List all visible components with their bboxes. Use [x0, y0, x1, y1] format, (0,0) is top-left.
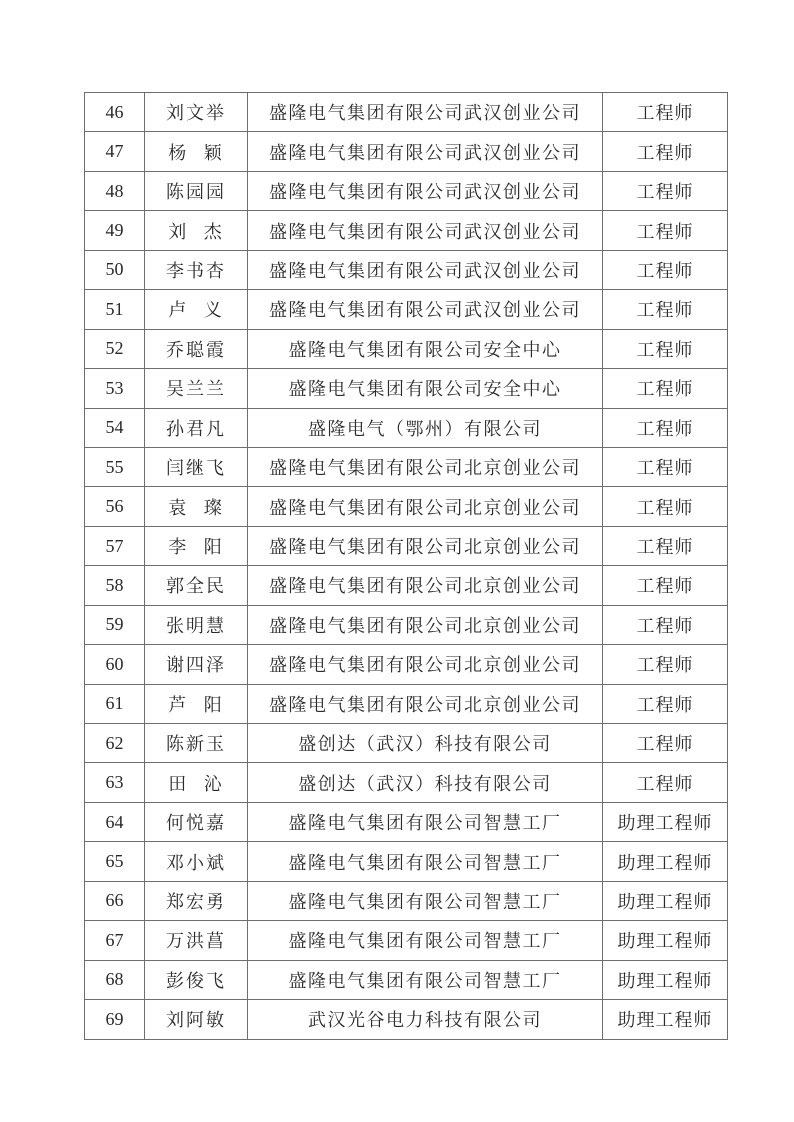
- organization-cell: 盛隆电气集团有限公司武汉创业公司: [248, 211, 603, 250]
- professional-title-cell: 工程师: [603, 605, 728, 644]
- table-row: 63田 沁盛创达（武汉）科技有限公司工程师: [85, 763, 728, 802]
- person-name-cell: 李书杏: [145, 250, 248, 289]
- organization-cell: 盛隆电气集团有限公司智慧工厂: [248, 921, 603, 960]
- row-number-cell: 66: [85, 881, 145, 920]
- professional-title-cell: 工程师: [603, 526, 728, 565]
- personnel-table-body: 46刘文举盛隆电气集团有限公司武汉创业公司工程师47杨 颖盛隆电气集团有限公司武…: [85, 93, 728, 1040]
- person-name-cell: 刘文举: [145, 93, 248, 132]
- table-row: 68彭俊飞盛隆电气集团有限公司智慧工厂助理工程师: [85, 960, 728, 999]
- table-row: 57李 阳盛隆电气集团有限公司北京创业公司工程师: [85, 526, 728, 565]
- table-row: 67万洪菖盛隆电气集团有限公司智慧工厂助理工程师: [85, 921, 728, 960]
- person-name-cell: 陈新玉: [145, 724, 248, 763]
- row-number-cell: 61: [85, 684, 145, 723]
- row-number-cell: 47: [85, 132, 145, 171]
- professional-title-cell: 助理工程师: [603, 842, 728, 881]
- row-number-cell: 67: [85, 921, 145, 960]
- document-page: 46刘文举盛隆电气集团有限公司武汉创业公司工程师47杨 颖盛隆电气集团有限公司武…: [0, 0, 794, 1122]
- organization-cell: 盛隆电气集团有限公司武汉创业公司: [248, 171, 603, 210]
- professional-title-cell: 工程师: [603, 724, 728, 763]
- organization-cell: 盛隆电气集团有限公司智慧工厂: [248, 842, 603, 881]
- row-number-cell: 69: [85, 1000, 145, 1039]
- person-name-cell: 郑宏勇: [145, 881, 248, 920]
- professional-title-cell: 工程师: [603, 369, 728, 408]
- organization-cell: 盛隆电气（鄂州）有限公司: [248, 408, 603, 447]
- organization-cell: 盛隆电气集团有限公司北京创业公司: [248, 526, 603, 565]
- organization-cell: 盛隆电气集团有限公司武汉创业公司: [248, 93, 603, 132]
- professional-title-cell: 工程师: [603, 171, 728, 210]
- person-name-cell: 万洪菖: [145, 921, 248, 960]
- row-number-cell: 57: [85, 526, 145, 565]
- row-number-cell: 63: [85, 763, 145, 802]
- person-name-cell: 杨 颖: [145, 132, 248, 171]
- table-row: 62陈新玉盛创达（武汉）科技有限公司工程师: [85, 724, 728, 763]
- table-row: 47杨 颖盛隆电气集团有限公司武汉创业公司工程师: [85, 132, 728, 171]
- organization-cell: 盛隆电气集团有限公司智慧工厂: [248, 881, 603, 920]
- person-name-cell: 何悦嘉: [145, 802, 248, 841]
- person-name-cell: 谢四泽: [145, 645, 248, 684]
- table-row: 54孙君凡盛隆电气（鄂州）有限公司工程师: [85, 408, 728, 447]
- professional-title-cell: 工程师: [603, 645, 728, 684]
- professional-title-cell: 助理工程师: [603, 960, 728, 999]
- row-number-cell: 55: [85, 447, 145, 486]
- organization-cell: 盛隆电气集团有限公司武汉创业公司: [248, 290, 603, 329]
- professional-title-cell: 工程师: [603, 250, 728, 289]
- row-number-cell: 50: [85, 250, 145, 289]
- organization-cell: 盛隆电气集团有限公司北京创业公司: [248, 566, 603, 605]
- row-number-cell: 48: [85, 171, 145, 210]
- table-row: 59张明慧盛隆电气集团有限公司北京创业公司工程师: [85, 605, 728, 644]
- row-number-cell: 56: [85, 487, 145, 526]
- organization-cell: 盛隆电气集团有限公司武汉创业公司: [248, 132, 603, 171]
- table-row: 60谢四泽盛隆电气集团有限公司北京创业公司工程师: [85, 645, 728, 684]
- person-name-cell: 闫继飞: [145, 447, 248, 486]
- person-name-cell: 刘阿敏: [145, 1000, 248, 1039]
- personnel-table: 46刘文举盛隆电气集团有限公司武汉创业公司工程师47杨 颖盛隆电气集团有限公司武…: [84, 92, 728, 1040]
- professional-title-cell: 工程师: [603, 684, 728, 723]
- organization-cell: 盛创达（武汉）科技有限公司: [248, 763, 603, 802]
- organization-cell: 盛隆电气集团有限公司北京创业公司: [248, 487, 603, 526]
- professional-title-cell: 工程师: [603, 487, 728, 526]
- row-number-cell: 46: [85, 93, 145, 132]
- professional-title-cell: 助理工程师: [603, 881, 728, 920]
- row-number-cell: 52: [85, 329, 145, 368]
- row-number-cell: 53: [85, 369, 145, 408]
- row-number-cell: 65: [85, 842, 145, 881]
- organization-cell: 盛隆电气集团有限公司北京创业公司: [248, 605, 603, 644]
- organization-cell: 盛隆电气集团有限公司北京创业公司: [248, 684, 603, 723]
- professional-title-cell: 工程师: [603, 93, 728, 132]
- table-row: 51卢 义盛隆电气集团有限公司武汉创业公司工程师: [85, 290, 728, 329]
- table-row: 50李书杏盛隆电气集团有限公司武汉创业公司工程师: [85, 250, 728, 289]
- row-number-cell: 68: [85, 960, 145, 999]
- table-row: 53吴兰兰盛隆电气集团有限公司安全中心工程师: [85, 369, 728, 408]
- table-row: 58郭全民盛隆电气集团有限公司北京创业公司工程师: [85, 566, 728, 605]
- professional-title-cell: 工程师: [603, 290, 728, 329]
- professional-title-cell: 助理工程师: [603, 1000, 728, 1039]
- person-name-cell: 芦 阳: [145, 684, 248, 723]
- organization-cell: 盛隆电气集团有限公司安全中心: [248, 369, 603, 408]
- table-row: 55闫继飞盛隆电气集团有限公司北京创业公司工程师: [85, 447, 728, 486]
- person-name-cell: 李 阳: [145, 526, 248, 565]
- table-row: 49刘 杰盛隆电气集团有限公司武汉创业公司工程师: [85, 211, 728, 250]
- person-name-cell: 邓小斌: [145, 842, 248, 881]
- organization-cell: 盛隆电气集团有限公司安全中心: [248, 329, 603, 368]
- person-name-cell: 陈园园: [145, 171, 248, 210]
- professional-title-cell: 助理工程师: [603, 921, 728, 960]
- person-name-cell: 刘 杰: [145, 211, 248, 250]
- person-name-cell: 孙君凡: [145, 408, 248, 447]
- person-name-cell: 彭俊飞: [145, 960, 248, 999]
- row-number-cell: 54: [85, 408, 145, 447]
- row-number-cell: 51: [85, 290, 145, 329]
- person-name-cell: 郭全民: [145, 566, 248, 605]
- professional-title-cell: 工程师: [603, 763, 728, 802]
- table-row: 46刘文举盛隆电气集团有限公司武汉创业公司工程师: [85, 93, 728, 132]
- person-name-cell: 卢 义: [145, 290, 248, 329]
- person-name-cell: 乔聪霞: [145, 329, 248, 368]
- person-name-cell: 吴兰兰: [145, 369, 248, 408]
- table-row: 61芦 阳盛隆电气集团有限公司北京创业公司工程师: [85, 684, 728, 723]
- professional-title-cell: 工程师: [603, 566, 728, 605]
- professional-title-cell: 工程师: [603, 447, 728, 486]
- professional-title-cell: 工程师: [603, 408, 728, 447]
- organization-cell: 盛隆电气集团有限公司智慧工厂: [248, 802, 603, 841]
- professional-title-cell: 工程师: [603, 211, 728, 250]
- table-row: 69刘阿敏武汉光谷电力科技有限公司助理工程师: [85, 1000, 728, 1039]
- professional-title-cell: 助理工程师: [603, 802, 728, 841]
- table-row: 52乔聪霞盛隆电气集团有限公司安全中心工程师: [85, 329, 728, 368]
- row-number-cell: 49: [85, 211, 145, 250]
- table-row: 65邓小斌盛隆电气集团有限公司智慧工厂助理工程师: [85, 842, 728, 881]
- professional-title-cell: 工程师: [603, 132, 728, 171]
- row-number-cell: 58: [85, 566, 145, 605]
- person-name-cell: 田 沁: [145, 763, 248, 802]
- organization-cell: 盛创达（武汉）科技有限公司: [248, 724, 603, 763]
- person-name-cell: 袁 璨: [145, 487, 248, 526]
- row-number-cell: 60: [85, 645, 145, 684]
- organization-cell: 盛隆电气集团有限公司智慧工厂: [248, 960, 603, 999]
- table-row: 48陈园园盛隆电气集团有限公司武汉创业公司工程师: [85, 171, 728, 210]
- table-row: 64何悦嘉盛隆电气集团有限公司智慧工厂助理工程师: [85, 802, 728, 841]
- organization-cell: 盛隆电气集团有限公司北京创业公司: [248, 645, 603, 684]
- professional-title-cell: 工程师: [603, 329, 728, 368]
- organization-cell: 盛隆电气集团有限公司北京创业公司: [248, 447, 603, 486]
- organization-cell: 盛隆电气集团有限公司武汉创业公司: [248, 250, 603, 289]
- row-number-cell: 64: [85, 802, 145, 841]
- row-number-cell: 59: [85, 605, 145, 644]
- row-number-cell: 62: [85, 724, 145, 763]
- organization-cell: 武汉光谷电力科技有限公司: [248, 1000, 603, 1039]
- table-row: 56袁 璨盛隆电气集团有限公司北京创业公司工程师: [85, 487, 728, 526]
- table-row: 66郑宏勇盛隆电气集团有限公司智慧工厂助理工程师: [85, 881, 728, 920]
- person-name-cell: 张明慧: [145, 605, 248, 644]
